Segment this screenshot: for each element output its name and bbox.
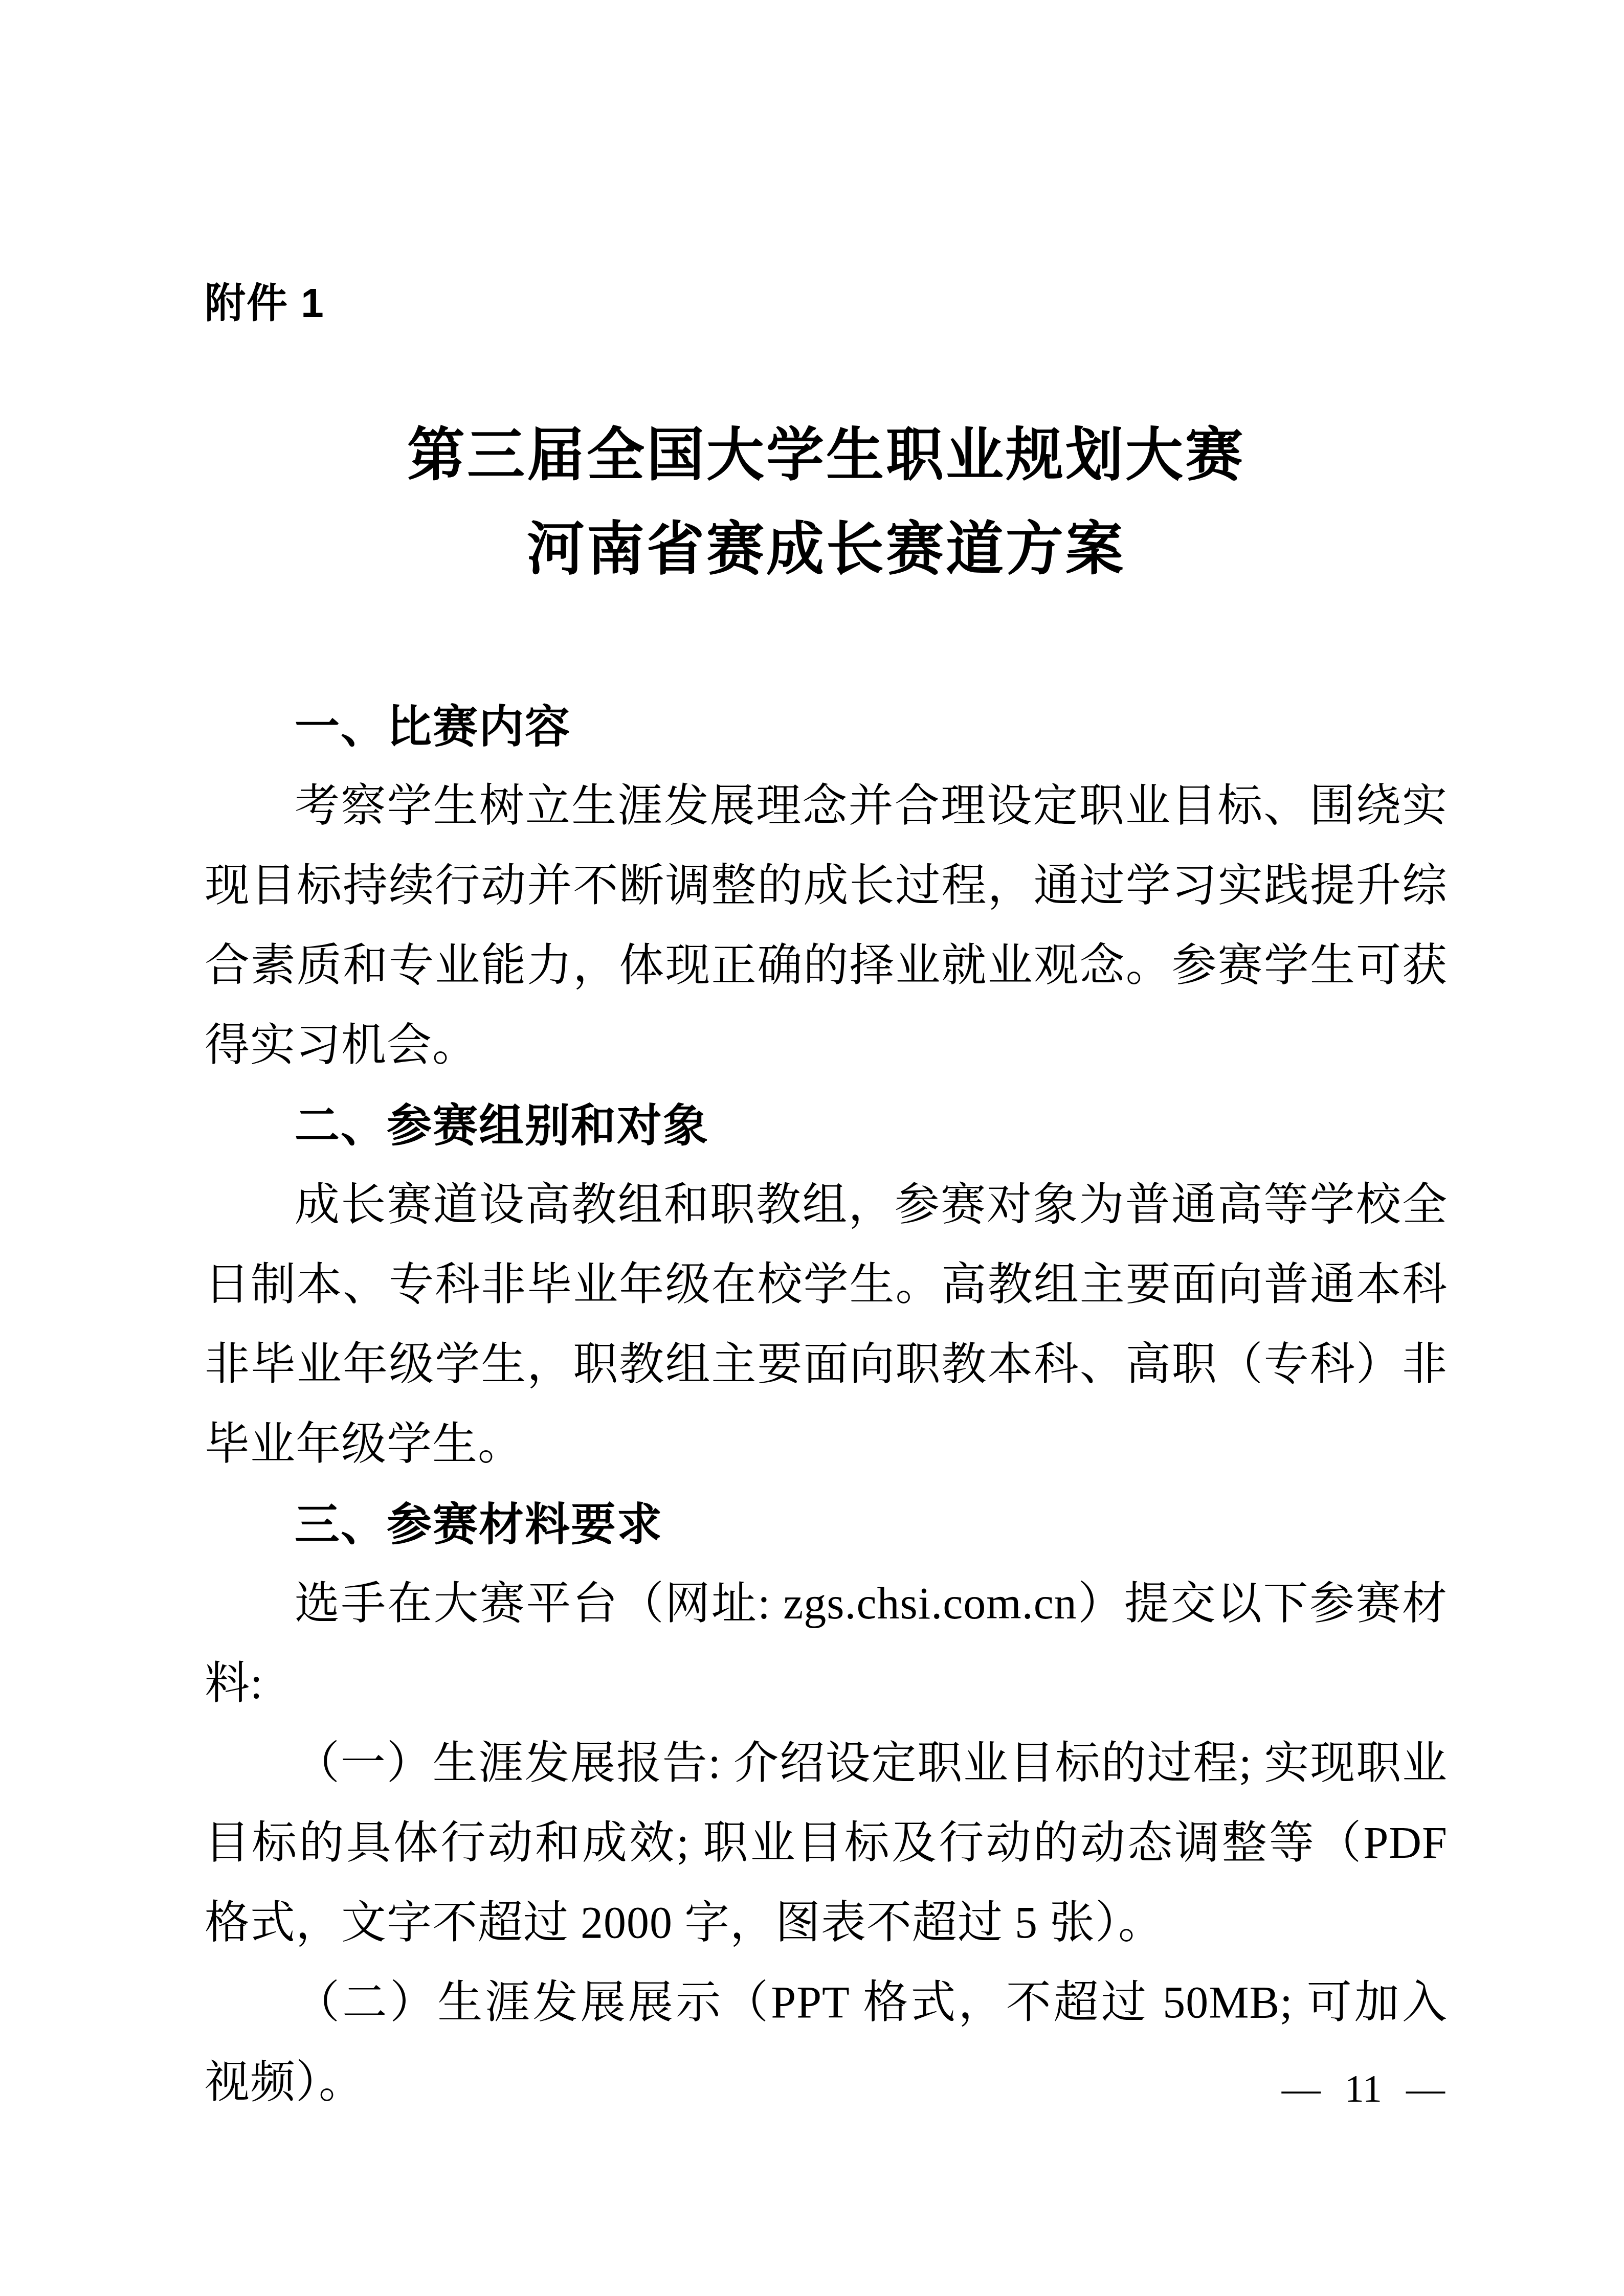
section-3-paragraph-3: （二）生涯发展展示（PPT 格式，不超过 50MB; 可加入视频）。 [205,1963,1448,2123]
page-number: 11 [1345,2066,1382,2112]
section-3-heading: 三、参赛材料要求 [205,1484,1448,1564]
footer-dash-left: — [1282,2066,1321,2112]
section-2-paragraph-1: 成长赛道设高教组和职教组，参赛对象为普通高等学校全日制本、专科非毕业年级在校学生… [205,1165,1448,1484]
section-2-heading: 二、参赛组别和对象 [205,1086,1448,1165]
footer-dash-right: — [1406,2066,1445,2112]
document-page: 附件 1 第三届全国大学生职业规划大赛 河南省赛成长赛道方案 一、比赛内容 考察… [0,0,1624,2296]
document-body: 一、比赛内容 考察学生树立生涯发展理念并合理设定职业目标、围绕实现目标持续行动并… [205,687,1448,2123]
section-3-paragraph-2: （一）生涯发展报告: 介绍设定职业目标的过程; 实现职业目标的具体行动和成效; … [205,1724,1448,1963]
attachment-label: 附件 1 [205,0,1448,326]
section-1-heading: 一、比赛内容 [205,687,1448,767]
section-1-paragraph-1: 考察学生树立生涯发展理念并合理设定职业目标、围绕实现目标持续行动并不断调整的成长… [205,767,1448,1086]
document-title: 第三届全国大学生职业规划大赛 河南省赛成长赛道方案 [205,409,1448,597]
page-footer: — 11 — [1282,2066,1445,2112]
section-3-paragraph-1: 选手在大赛平台（网址: zgs.chsi.com.cn）提交以下参赛材料: [205,1564,1448,1724]
title-line-1: 第三届全国大学生职业规划大赛 [205,409,1448,503]
title-line-2: 河南省赛成长赛道方案 [205,503,1448,597]
